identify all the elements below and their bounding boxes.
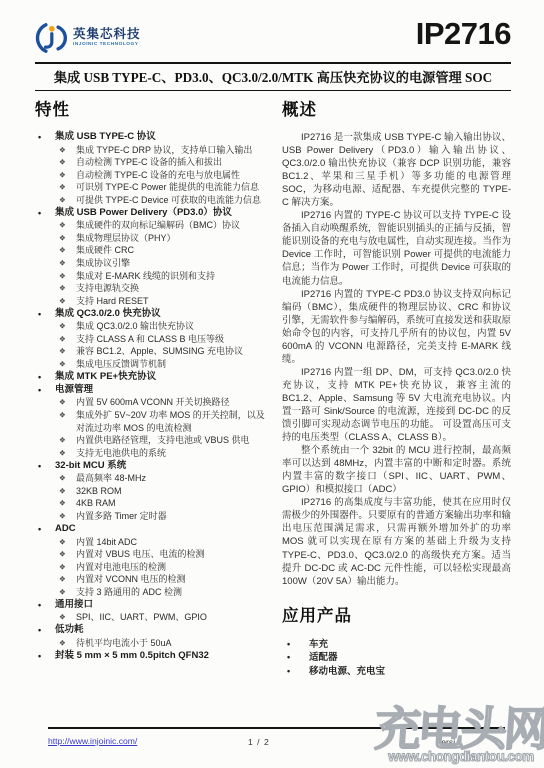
- features-column: 特性 •集成 USB TYPE-C 协议❖集成 TYPE-C DRP 协议，支持…: [35, 92, 265, 679]
- applications-list: •车充•适配器•移动电源、充电宝: [282, 638, 511, 679]
- bullet-icon: •: [282, 638, 309, 652]
- feature-item: ❖内置 14bit ADC: [35, 536, 265, 549]
- feature-group-label: •ADC: [35, 523, 265, 536]
- feature-item: ❖支持电源轨交换: [35, 282, 265, 295]
- diamond-marker-icon: ❖: [59, 574, 76, 587]
- diamond-marker-icon: ❖: [59, 473, 76, 486]
- diamond-marker-icon: ❖: [59, 283, 76, 296]
- feature-group-label: •电源管理: [35, 384, 265, 397]
- document-subtitle: 集成 USB TYPE-C、PD3.0、QC3.0/2.0/MTK 高压快充协议…: [35, 62, 511, 91]
- bullet-icon: •: [282, 651, 309, 665]
- bullet-icon: •: [35, 650, 55, 663]
- overview-paragraph: IP2716 内置一组 DP、DM，可支持 QC3.0/2.0 快充协议，支持 …: [282, 366, 511, 444]
- feature-item: ❖可识别 TYPE-C Power 能提供的电流能力信息: [35, 181, 265, 194]
- diamond-marker-icon: ❖: [59, 220, 76, 233]
- feature-item: ❖兼容 BC1.2、Apple、SUMSING 充电协议: [35, 345, 265, 358]
- overview-paragraph: IP2716 是一款集成 USB TYPE-C 输入输出协议、USB Power…: [282, 131, 511, 209]
- diamond-marker-icon: ❖: [59, 232, 76, 245]
- overview-paragraph: IP2716 内置的 TYPE-C 协议可以支持 TYPE-C 设备插入自动唤醒…: [282, 209, 511, 287]
- version-label: Versi: [436, 737, 455, 747]
- bullet-icon: •: [35, 460, 55, 473]
- bullet-icon: •: [35, 371, 55, 384]
- diamond-marker-icon: ❖: [59, 549, 76, 562]
- feature-item: ❖支持 3 路通用的 ADC 检测: [35, 586, 265, 599]
- application-item: •移动电源、充电宝: [282, 665, 511, 679]
- feature-item: ❖集成硬件的双向标记编解码（BMC）协议: [35, 219, 265, 232]
- overview-title: 概述: [282, 96, 511, 120]
- bullet-icon: •: [35, 624, 55, 637]
- diamond-marker-icon: ❖: [59, 157, 76, 170]
- logo-company-name: 英集芯科技: [73, 28, 141, 41]
- diamond-marker-icon: ❖: [59, 498, 76, 511]
- feature-item: ❖自动检测 TYPE-C 设备的充电与放电属性: [35, 169, 265, 182]
- bullet-icon: •: [35, 308, 55, 321]
- page-number: 1 / 2: [248, 737, 270, 747]
- features-list: •集成 USB TYPE-C 协议❖集成 TYPE-C DRP 协议，支持单口输…: [35, 131, 265, 662]
- feature-group-label: •封装 5 mm × 5 mm 0.5pitch QFN32: [35, 650, 265, 663]
- diamond-marker-icon: ❖: [59, 321, 76, 334]
- header: 英集芯科技 INJOINIC TECHNOLOGY IP2716: [35, 20, 511, 60]
- feature-item: ❖SPI、IIC、UART、PWM、GPIO: [35, 611, 265, 624]
- diamond-marker-icon: ❖: [59, 637, 76, 650]
- feature-item: ❖支持 CLASS A 和 CLASS B 电压等级: [35, 333, 265, 346]
- feature-item: ❖4KB RAM: [35, 497, 265, 510]
- feature-group-label: •通用接口: [35, 599, 265, 612]
- feature-group-label: •32-bit MCU 系统: [35, 460, 265, 473]
- feature-item: ❖集成电压反馈调节机制: [35, 358, 265, 371]
- document-body: 特性 •集成 USB TYPE-C 协议❖集成 TYPE-C DRP 协议，支持…: [35, 92, 511, 679]
- feature-item: ❖内置对 VBUS 电压、电流的检测: [35, 548, 265, 561]
- feature-group-label: •低功耗: [35, 624, 265, 637]
- diamond-marker-icon: ❖: [59, 257, 76, 270]
- company-website-link[interactable]: http://www.injoinic.com/: [48, 736, 137, 746]
- application-item: •车充: [282, 638, 511, 652]
- diamond-marker-icon: ❖: [59, 397, 76, 410]
- diamond-marker-icon: ❖: [59, 485, 76, 498]
- feature-item: ❖内置多路 Timer 定时器: [35, 510, 265, 523]
- diamond-marker-icon: ❖: [59, 612, 76, 625]
- datasheet-page: 英集芯科技 INJOINIC TECHNOLOGY IP2716 集成 USB …: [0, 0, 544, 768]
- diamond-marker-icon: ❖: [59, 510, 76, 523]
- bullet-icon: •: [35, 384, 55, 397]
- feature-item: ❖待机平均电流小于 50uA: [35, 637, 265, 650]
- feature-item: ❖内置供电路径管理，支持电池或 VBUS 供电: [35, 434, 265, 447]
- overview-column: 概述 IP2716 是一款集成 USB TYPE-C 输入输出协议、USB Po…: [282, 92, 511, 679]
- feature-group-label: •集成 USB TYPE-C 协议: [35, 131, 265, 144]
- footer: http://www.injoinic.com/ 1 / 2 Versi: [48, 727, 505, 746]
- diamond-marker-icon: ❖: [59, 270, 76, 283]
- diamond-marker-icon: ❖: [59, 410, 76, 435]
- application-item: •适配器: [282, 651, 511, 665]
- company-logo: 英集芯科技 INJOINIC TECHNOLOGY: [35, 22, 141, 54]
- feature-item: ❖支持无电池供电的系统: [35, 447, 265, 460]
- diamond-marker-icon: ❖: [59, 182, 76, 195]
- diamond-marker-icon: ❖: [59, 194, 76, 207]
- diamond-marker-icon: ❖: [59, 358, 76, 371]
- feature-item: ❖自动检测 TYPE-C 设备的插入和拔出: [35, 156, 265, 169]
- features-title: 特性: [35, 96, 265, 120]
- bullet-icon: •: [282, 665, 309, 679]
- applications-title: 应用产品: [282, 602, 511, 626]
- feature-item: ❖集成对 E-MARK 线缆的识别和支持: [35, 270, 265, 283]
- feature-item: ❖集成 TYPE-C DRP 协议，支持单口输入输出: [35, 144, 265, 157]
- diamond-marker-icon: ❖: [59, 447, 76, 460]
- overview-paragraph: 整个系统由一个 32bit 的 MCU 进行控制，最高频率可以达到 48MHz，…: [282, 444, 511, 496]
- feature-item: ❖支持 Hard RESET: [35, 295, 265, 308]
- feature-group-label: •集成 MTK PE+快充协议: [35, 371, 265, 384]
- feature-item: ❖最高频率 48-MHz: [35, 472, 265, 485]
- overview-paragraphs: IP2716 是一款集成 USB TYPE-C 输入输出协议、USB Power…: [282, 131, 511, 588]
- part-number: IP2716: [416, 16, 511, 52]
- watermark-url: www.chongdiantou.com: [372, 749, 544, 764]
- feature-item: ❖集成外扩 5V~20V 功率 MOS 的开关控制，以及对流过功率 MOS 的电…: [35, 409, 265, 434]
- feature-item: ❖集成协议引擎: [35, 257, 265, 270]
- bullet-icon: •: [35, 599, 55, 612]
- feature-item: ❖集成物理层协议（PHY）: [35, 232, 265, 245]
- injoinic-logo-icon: [35, 22, 69, 54]
- diamond-marker-icon: ❖: [59, 586, 76, 599]
- bullet-icon: •: [35, 523, 55, 536]
- feature-item: ❖集成硬件 CRC: [35, 244, 265, 257]
- diamond-marker-icon: ❖: [59, 435, 76, 448]
- feature-item: ❖内置对电池电压的检测: [35, 561, 265, 574]
- diamond-marker-icon: ❖: [59, 346, 76, 359]
- logo-company-name-en: INJOINIC TECHNOLOGY: [73, 43, 141, 48]
- diamond-marker-icon: ❖: [59, 144, 76, 157]
- diamond-marker-icon: ❖: [59, 561, 76, 574]
- feature-group-label: •集成 QC3.0/2.0 快充协议: [35, 308, 265, 321]
- feature-group-label: •集成 USB Power Delivery（PD3.0）协议: [35, 207, 265, 220]
- bullet-icon: •: [35, 207, 55, 220]
- feature-item: ❖集成 QC3.0/2.0 输出快充协议: [35, 320, 265, 333]
- overview-paragraph: IP2716 内置的 TYPE-C PD3.0 协议支持双向标记编码（BMC），…: [282, 288, 511, 366]
- overview-paragraph: IP2716 的高集成度与丰富功能，使其在应用时仅需极少的外围器件。只要原有的普…: [282, 496, 511, 587]
- bullet-icon: •: [35, 131, 55, 144]
- feature-item: ❖内置 5V 600mA VCONN 开关切换路径: [35, 396, 265, 409]
- diamond-marker-icon: ❖: [59, 169, 76, 182]
- feature-item: ❖32KB ROM: [35, 485, 265, 498]
- feature-item: ❖可提供 TYPE-C Device 可获取的电流能力信息: [35, 194, 265, 207]
- diamond-marker-icon: ❖: [59, 536, 76, 549]
- diamond-marker-icon: ❖: [59, 333, 76, 346]
- diamond-marker-icon: ❖: [59, 295, 76, 308]
- diamond-marker-icon: ❖: [59, 245, 76, 258]
- feature-item: ❖内置对 VCONN 电压的检测: [35, 573, 265, 586]
